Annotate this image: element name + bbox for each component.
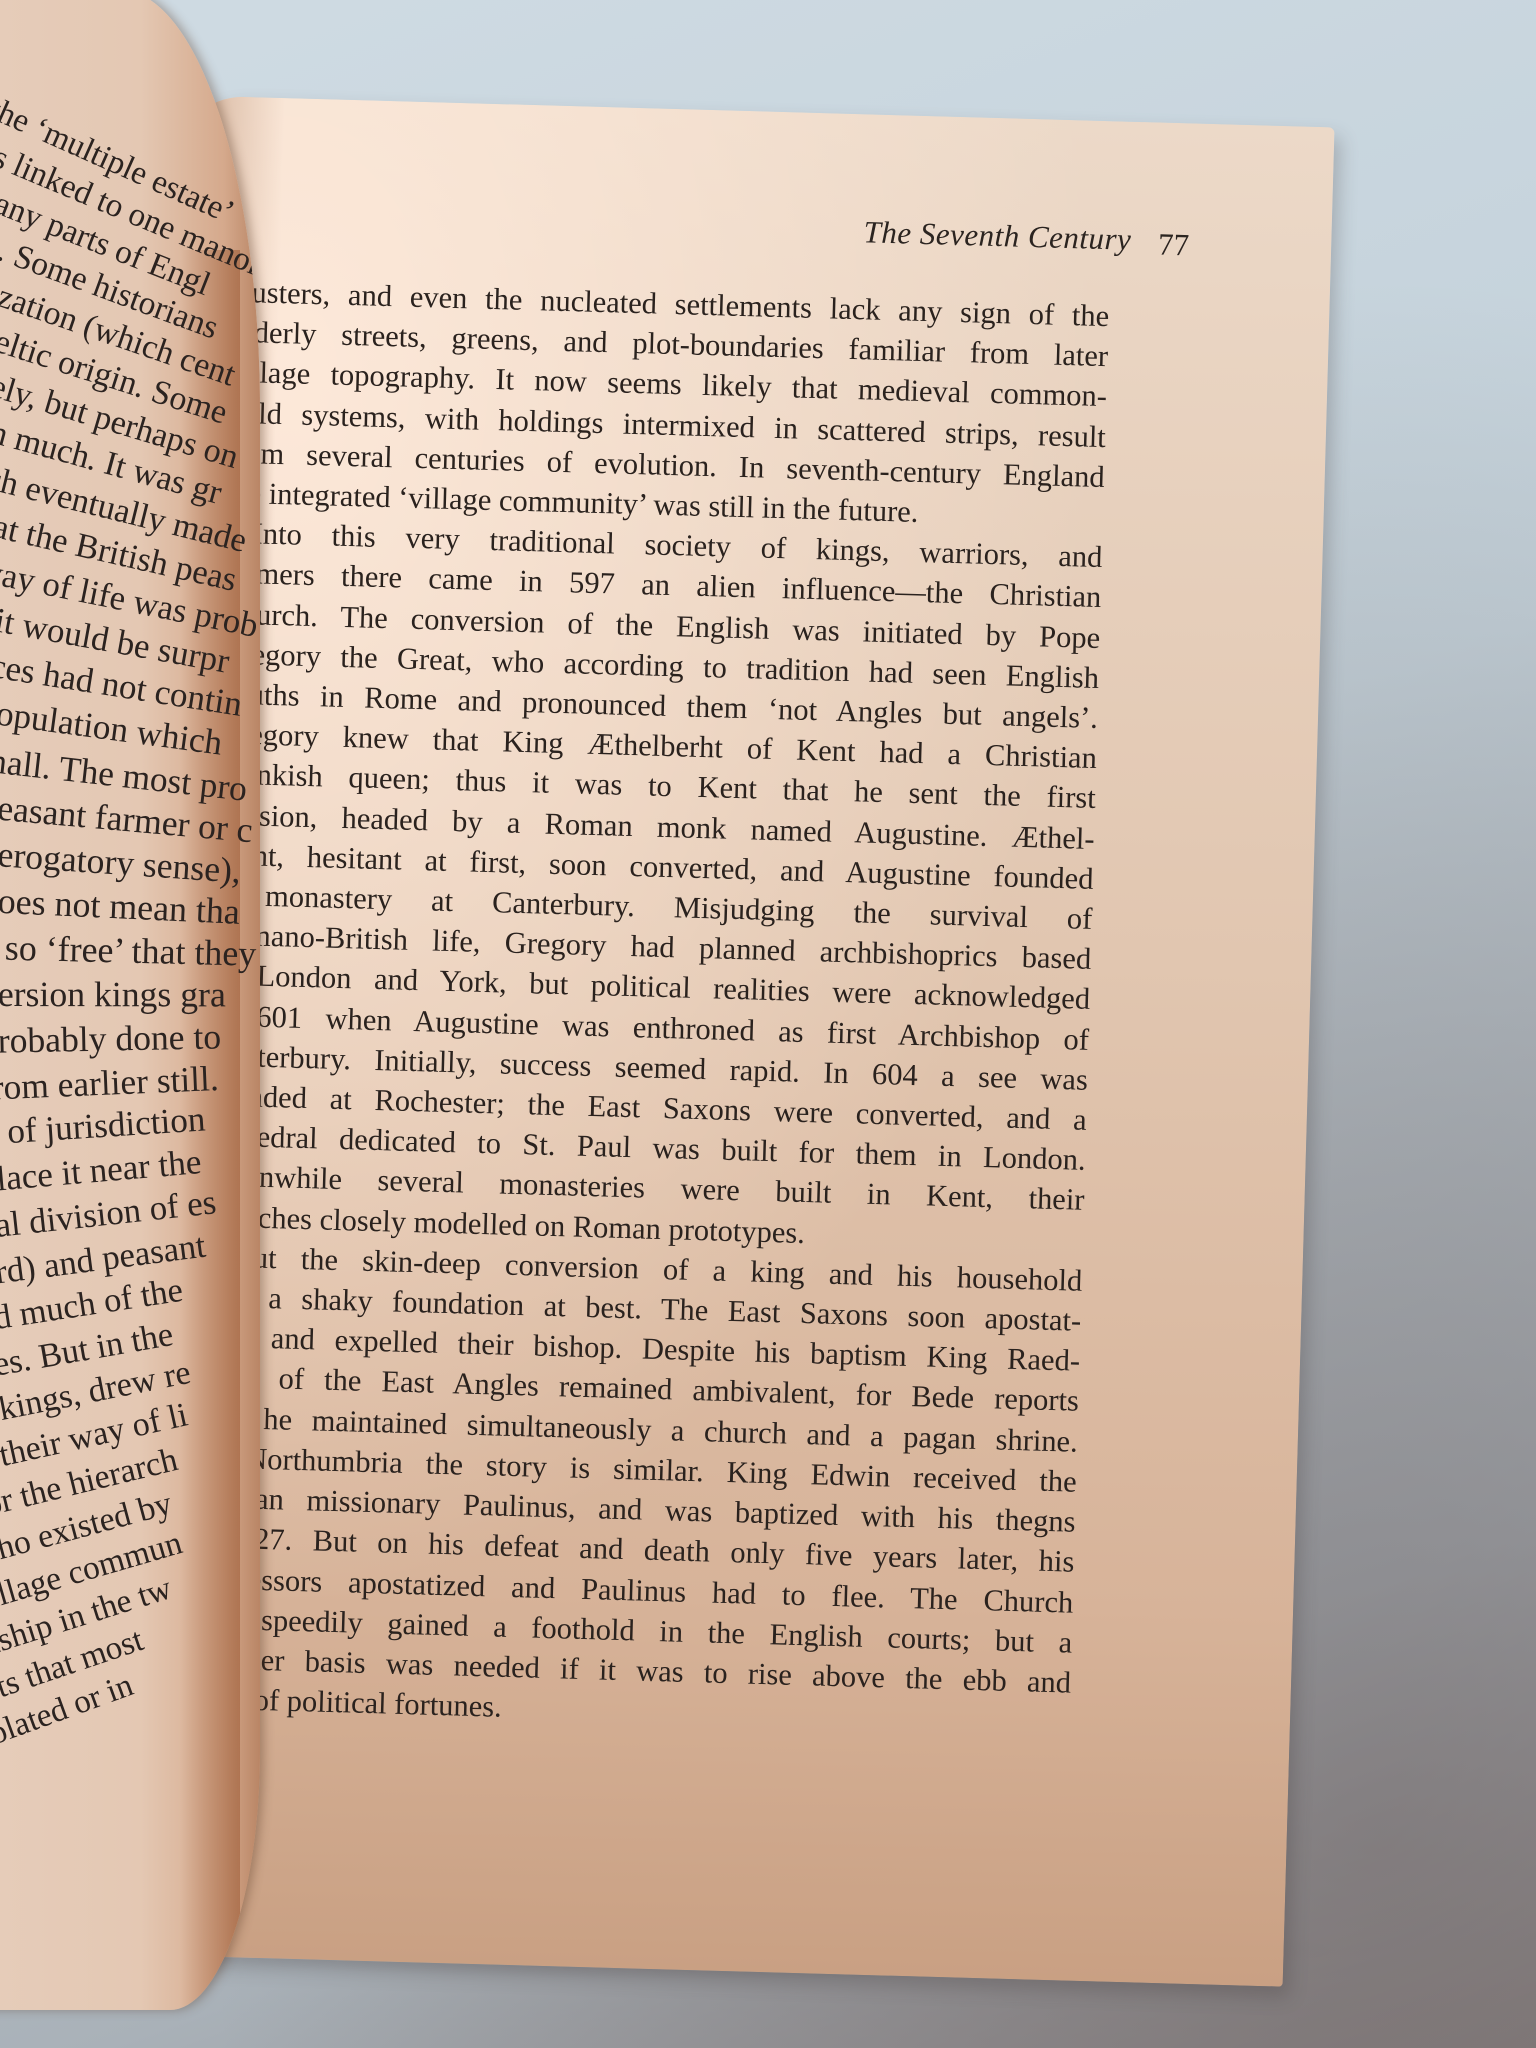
page-number: 77	[1158, 227, 1190, 264]
left-page: e the ‘multiple estate’ips linked to one…	[0, 0, 260, 2010]
right-page: The Seventh Century 77 clusters, and eve…	[123, 95, 1334, 1987]
left-page-text-fragment: version kings gra	[0, 973, 226, 1015]
running-head: The Seventh Century 77	[171, 195, 1332, 267]
running-title: The Seventh Century	[863, 214, 1132, 257]
left-page-text-fragment: e so ‘free’ that they	[0, 926, 257, 975]
photo-scene: The Seventh Century 77 clusters, and eve…	[0, 0, 1536, 2048]
left-page-text-fragment: probably done to	[0, 1015, 221, 1062]
body-text: clusters, and even the nucleated settlem…	[190, 272, 1110, 1743]
